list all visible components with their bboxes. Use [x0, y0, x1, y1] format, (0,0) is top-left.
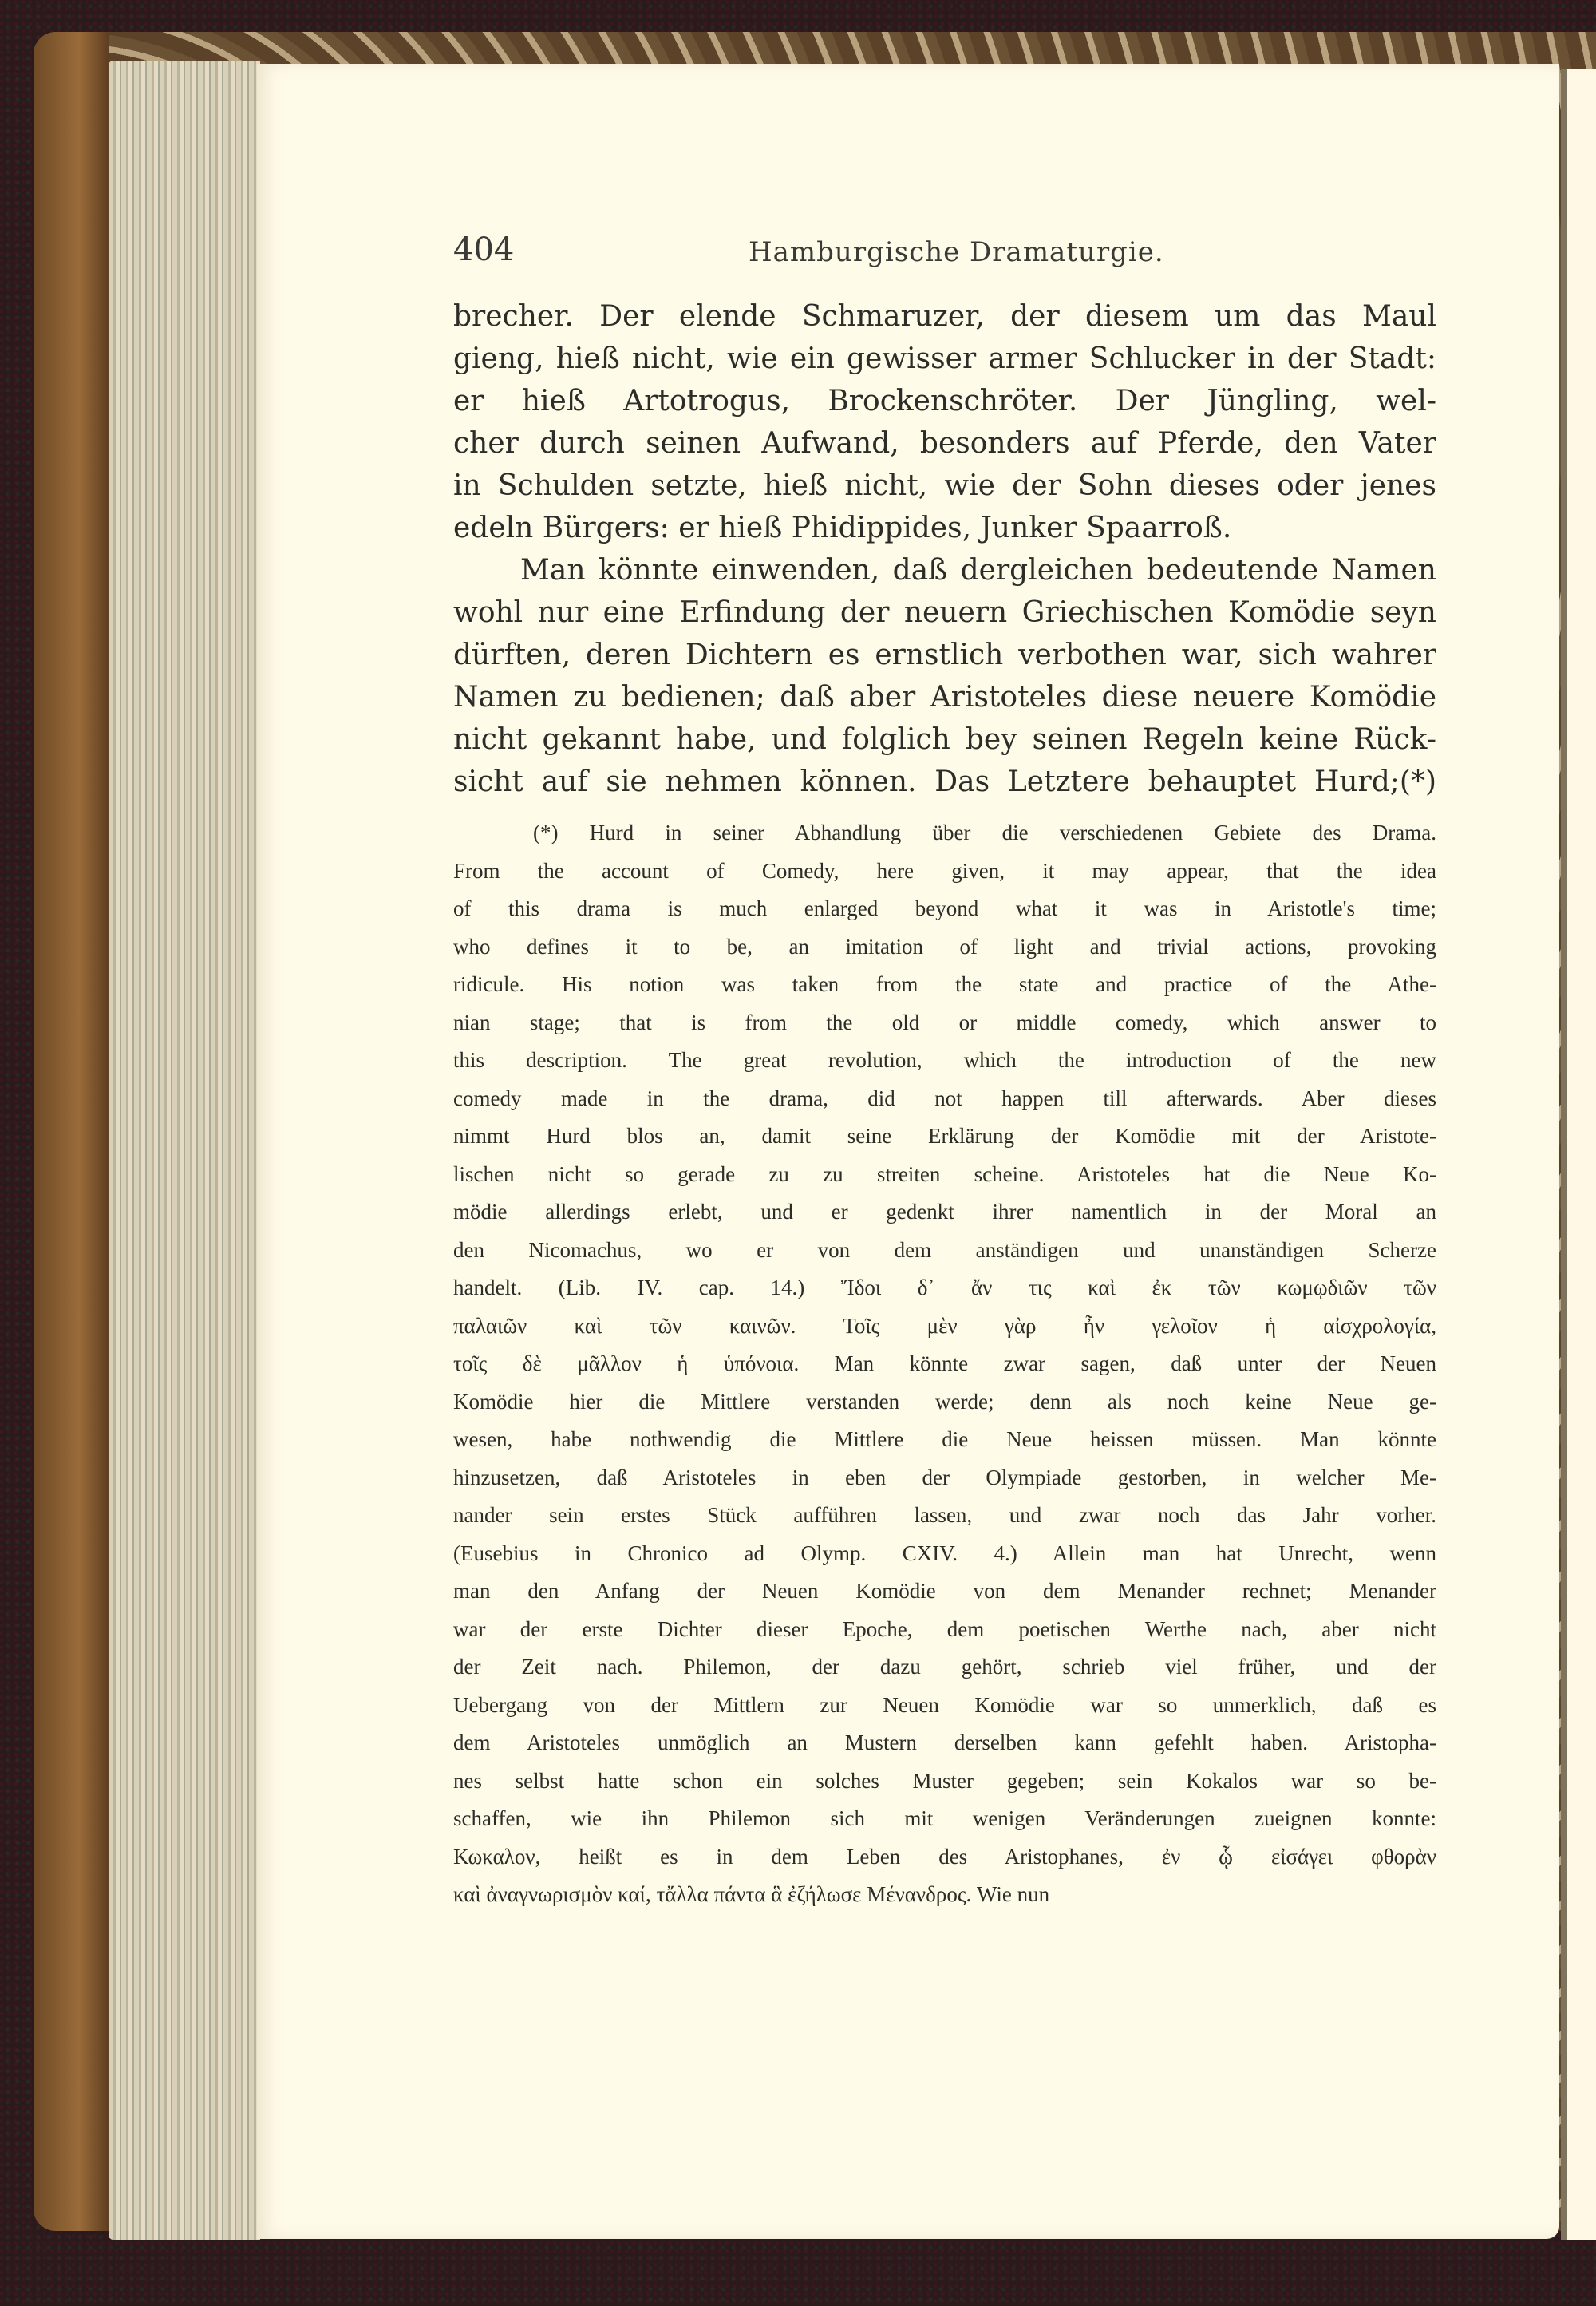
footnote-line: nes selbst hatte schon ein solches Muste… — [453, 1762, 1436, 1801]
text-line: in Schulden setzte, hieß nicht, wie der … — [453, 465, 1436, 507]
footnote-line: nimmt Hurd blos an, damit seine Erklärun… — [453, 1117, 1436, 1156]
page-header: 404 Hamburgische Dramaturgie. — [453, 231, 1443, 279]
footnote-line: Κωκαλον, heißt es in dem Leben des Arist… — [453, 1838, 1436, 1877]
body-text: brecher. Der elende Schmaruzer, der dies… — [453, 295, 1436, 1914]
footnote: (*) Hurd in seiner Abhandlung über die v… — [453, 814, 1436, 1914]
footnote-line: nian stage; that is from the old or midd… — [453, 1004, 1436, 1042]
footnote-line: dem Aristoteles unmöglich an Mustern der… — [453, 1724, 1436, 1762]
text-line: dürften, deren Dichtern es ernstlich ver… — [453, 634, 1436, 676]
text-line: er hieß Artotrogus, Brockenschröter. Der… — [453, 380, 1436, 422]
footnote-line: τοῖς δὲ μᾶλλον ἡ ὑπόνοια. Man könnte zwa… — [453, 1345, 1436, 1383]
footnote-line: hinzusetzen, daß Aristoteles in eben der… — [453, 1459, 1436, 1497]
footnote-line: who defines it to be, an imitation of li… — [453, 928, 1436, 967]
footnote-line: καὶ ἀναγνωρισμὸν καί, τἄλλα πάντα ἃ ἐζήλ… — [453, 1876, 1436, 1914]
footnote-line: schaffen, wie ihn Philemon sich mit weni… — [453, 1800, 1436, 1838]
text-line: edeln Bürgers: er hieß Phidippides, Junk… — [453, 507, 1436, 549]
footnote-line: παλαιῶν καὶ τῶν καινῶν. Τοῖς μὲν γὰρ ἦν … — [453, 1307, 1436, 1346]
footnote-line: nander sein erstes Stück aufführen lasse… — [453, 1497, 1436, 1535]
footnote-line: lischen nicht so gerade zu zu streiten s… — [453, 1156, 1436, 1194]
footnote-line: this description. The great revolution, … — [453, 1042, 1436, 1080]
running-title: Hamburgische Dramaturgie. — [749, 236, 1164, 268]
footnote-line: Komödie hier die Mittlere verstanden wer… — [453, 1383, 1436, 1422]
footnote-line: war der erste Dichter dieser Epoche, dem… — [453, 1611, 1436, 1649]
text-line: sicht auf sie nehmen können. Das Letzter… — [453, 761, 1436, 803]
text-line: Namen zu bedienen; daß aber Aristoteles … — [453, 676, 1436, 718]
text-line: cher durch seinen Aufwand, besonders auf… — [453, 422, 1436, 465]
footnote-line: of this drama is much enlarged beyond wh… — [453, 890, 1436, 928]
book-cover-leather-corner — [34, 32, 109, 2231]
footnote-line: comedy made in the drama, did not happen… — [453, 1080, 1436, 1118]
facing-page-edge — [1561, 69, 1596, 2240]
footnote-line: handelt. (Lib. IV. cap. 14.) Ἴδοι δ᾽ ἄν … — [453, 1269, 1436, 1307]
text-line: gieng, hieß nicht, wie ein gewisser arme… — [453, 338, 1436, 380]
text-line: nicht gekannt habe, und folglich bey sei… — [453, 718, 1436, 761]
footnote-line: man den Anfang der Neuen Komödie von dem… — [453, 1572, 1436, 1611]
footnote-line: wesen, habe nothwendig die Mittlere die … — [453, 1421, 1436, 1459]
footnote-line: (Eusebius in Chronico ad Olymp. CXIV. 4.… — [453, 1535, 1436, 1573]
footnote-line: ridicule. His notion was taken from the … — [453, 966, 1436, 1004]
text-line: brecher. Der elende Schmaruzer, der dies… — [453, 295, 1436, 338]
footnote-line: From the account of Comedy, here given, … — [453, 852, 1436, 891]
footnote-line: (*) Hurd in seiner Abhandlung über die v… — [453, 814, 1436, 852]
text-line: Man könnte einwenden, daß dergleichen be… — [453, 549, 1436, 591]
page-edges — [109, 61, 260, 2240]
text-line: wohl nur eine Erfindung der neuern Griec… — [453, 591, 1436, 634]
footnote-line: der Zeit nach. Philemon, der dazu gehört… — [453, 1648, 1436, 1687]
footnote-line: den Nicomachus, wo er von dem anständige… — [453, 1232, 1436, 1270]
footnote-line: mödie allerdings erlebt, und er gedenkt … — [453, 1193, 1436, 1232]
main-paragraphs: brecher. Der elende Schmaruzer, der dies… — [453, 295, 1436, 803]
footnote-line: Uebergang von der Mittlern zur Neuen Kom… — [453, 1687, 1436, 1725]
page-number: 404 — [453, 231, 514, 268]
